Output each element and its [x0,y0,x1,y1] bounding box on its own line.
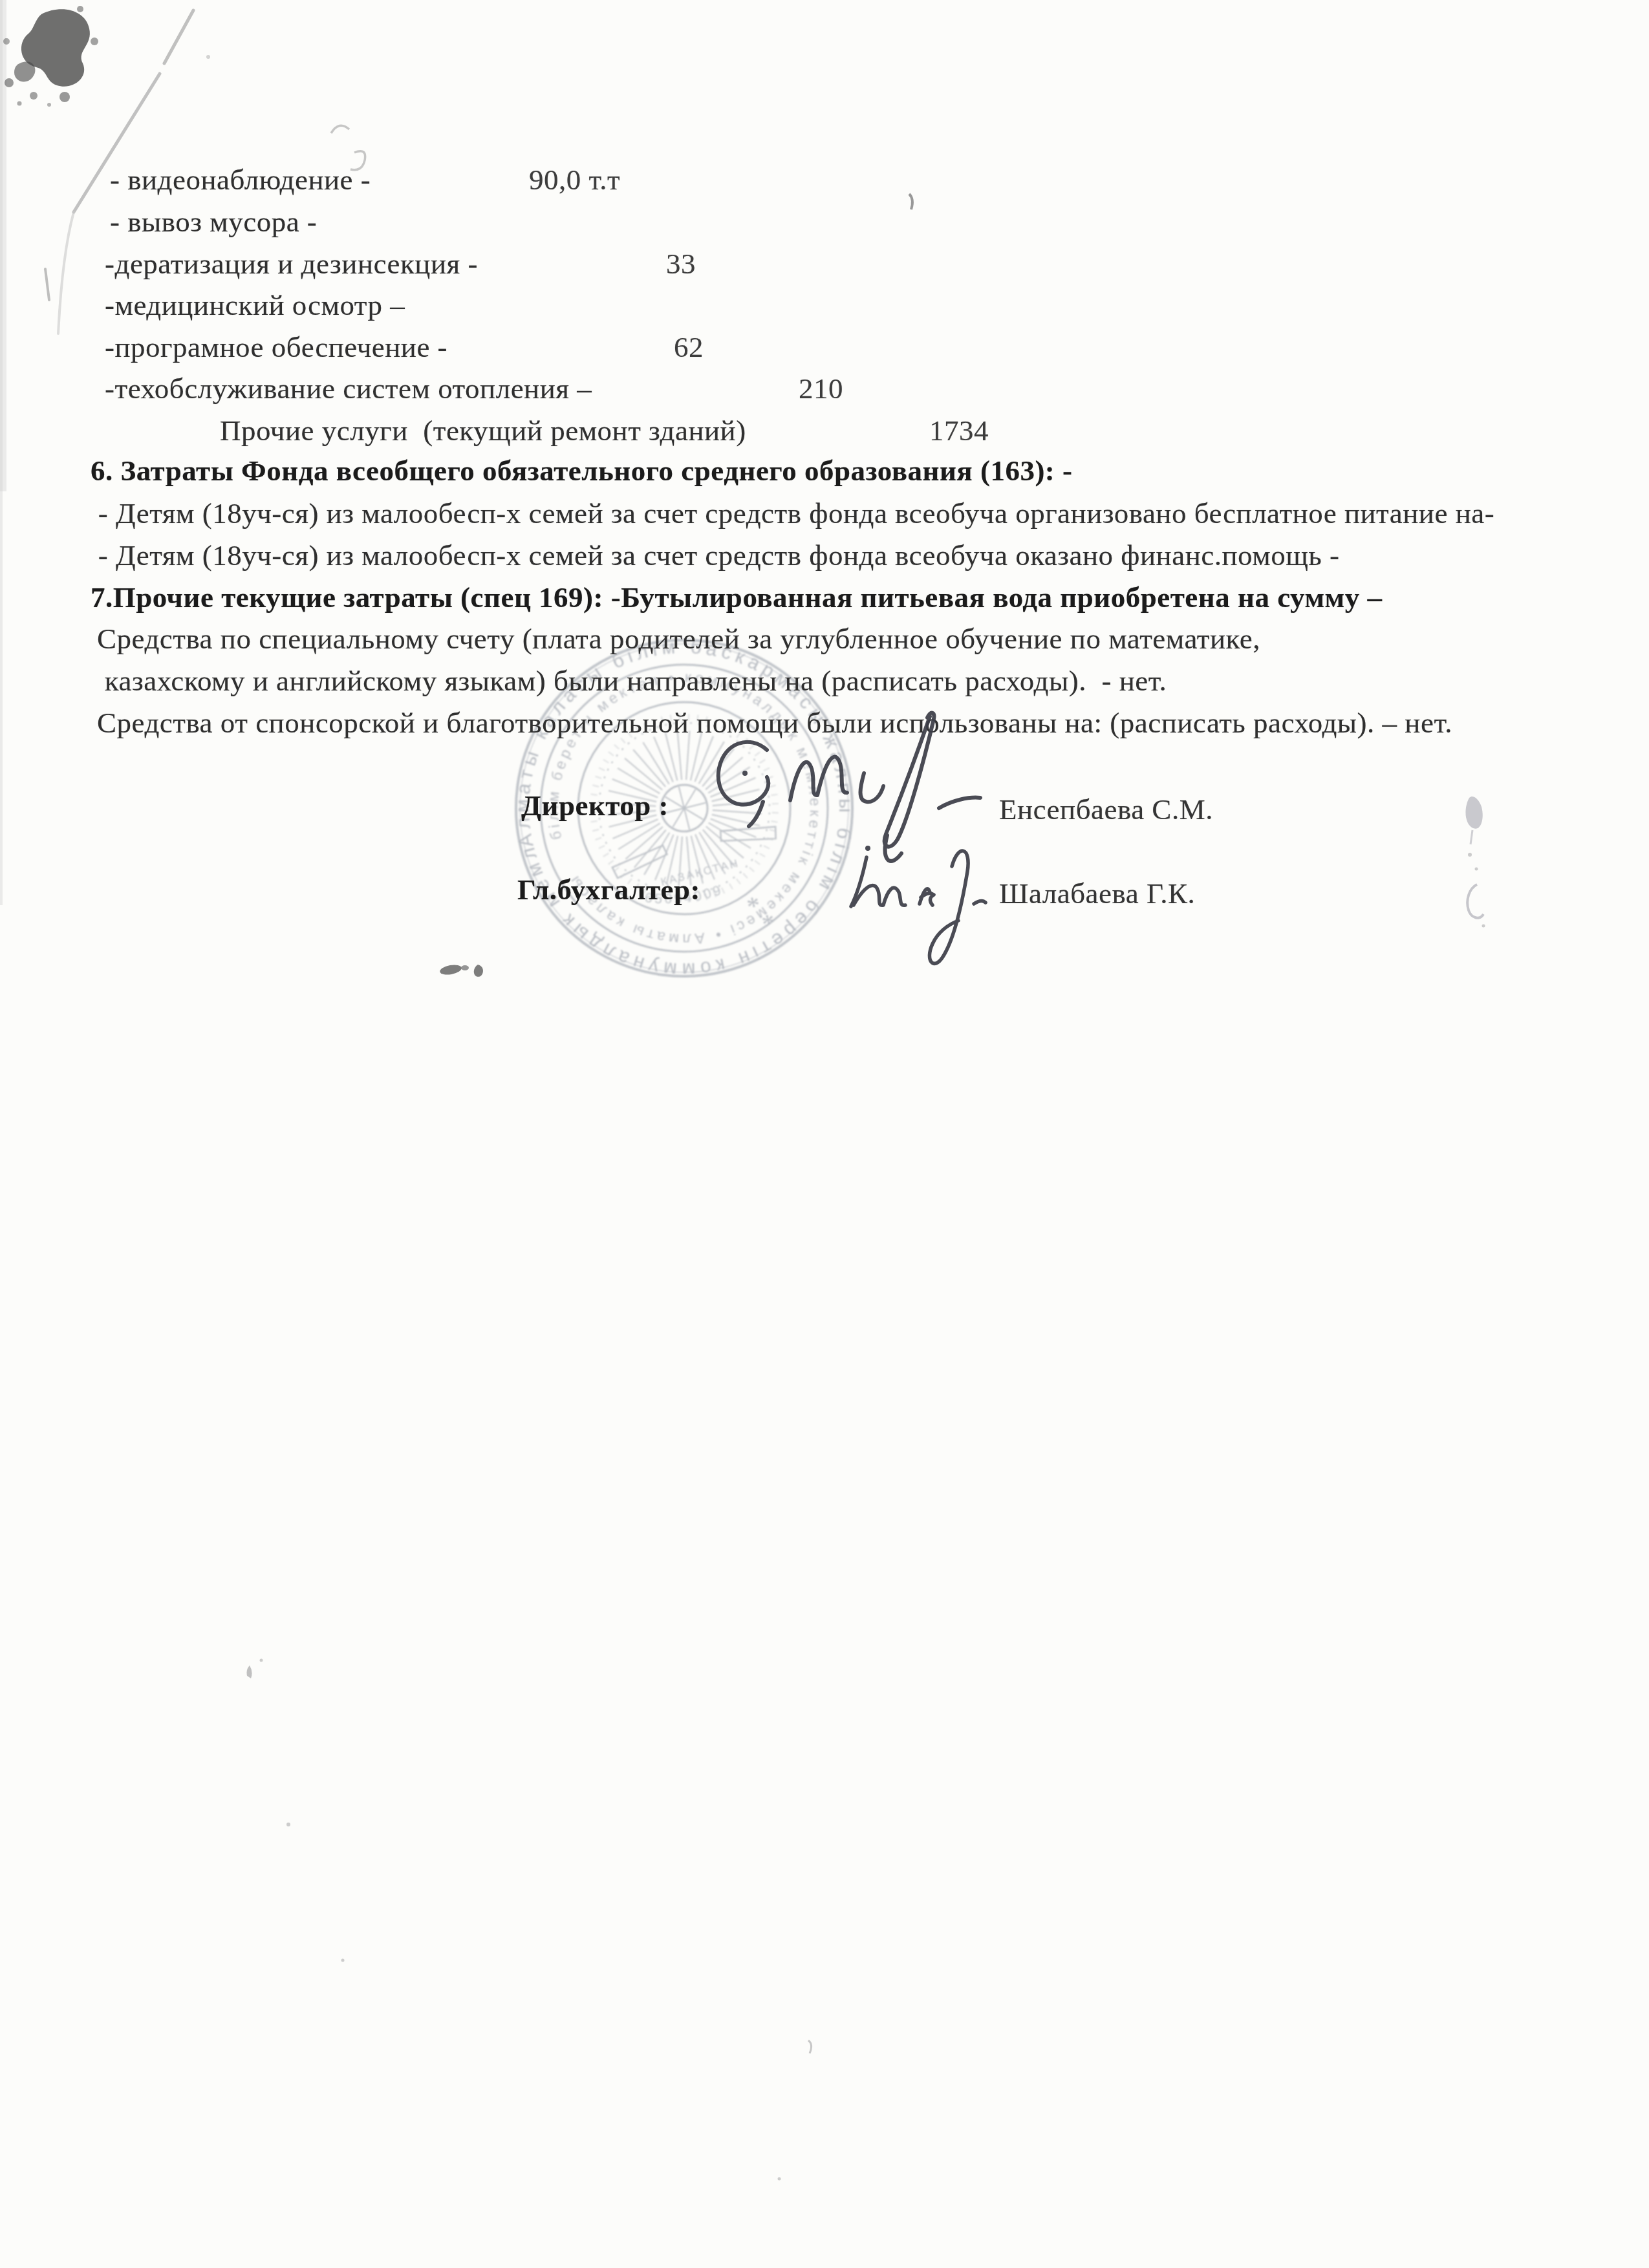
speck-top [206,55,210,59]
ink-layer [0,0,1649,2268]
accountant-signature [851,846,986,963]
director-signature [718,713,980,861]
pencil-marks [331,125,365,169]
tick-mark [909,194,912,209]
ink-specks-right [1465,797,1485,928]
ink-specks-left [439,963,483,977]
signature-dash [939,798,980,808]
scanned-document-page: Алматы каласы білім баскармасы жалпы біл… [0,0,1649,2268]
scan-specks [247,1659,812,2181]
ink-blot [3,6,98,107]
paper-edge-line [0,0,3,905]
